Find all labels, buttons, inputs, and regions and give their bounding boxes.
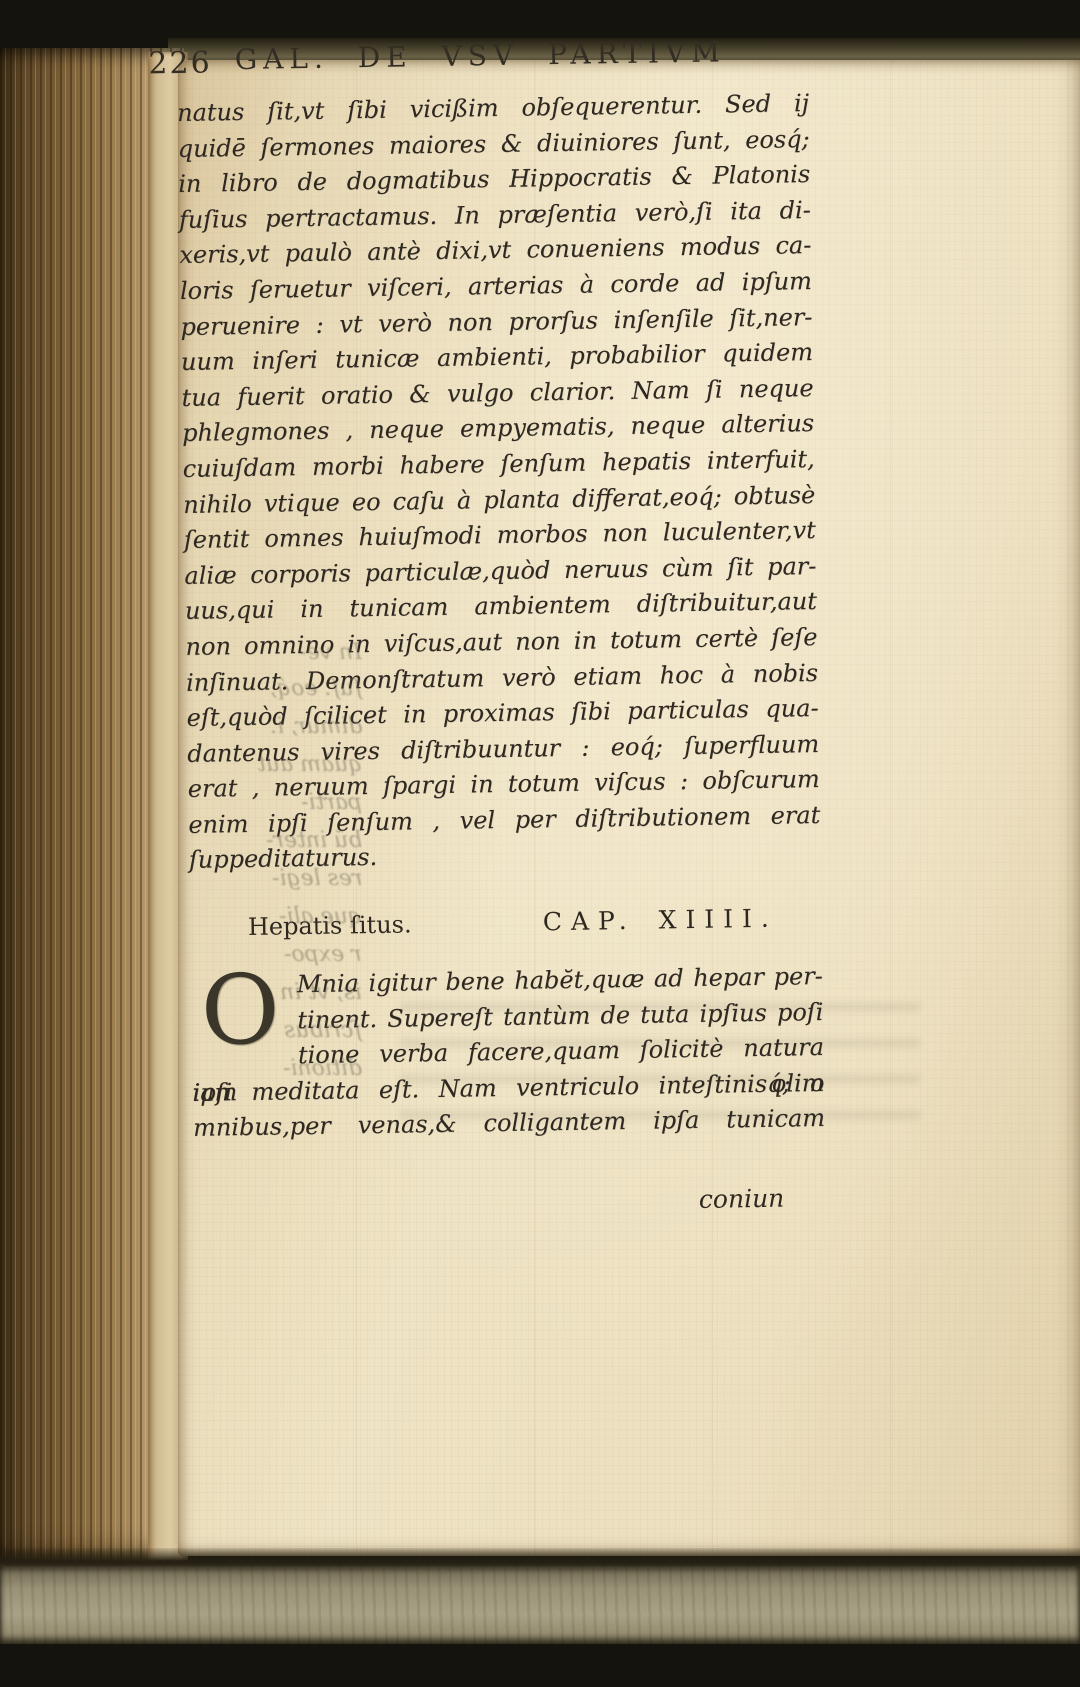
chapter-side-heading: Hepatis ſitus. xyxy=(248,910,412,941)
catchword: coniun xyxy=(699,1184,785,1214)
body-paragraph: natus ſit,vt ſibi vicißim obſequerentur.… xyxy=(177,86,821,879)
chapter-paragraph: O Mnia igitur bene habĕt,quæ ad hepar pe… xyxy=(191,959,826,1147)
chapter-number-heading: CAP. XIIII. xyxy=(543,904,779,937)
drop-cap-initial: O xyxy=(197,974,284,1047)
book-photo: 226 GAL. DE VSV PARTIVM natus ſit,vt ſib… xyxy=(0,0,1080,1687)
printed-text-block: 226 GAL. DE VSV PARTIVM natus ſit,vt ſib… xyxy=(176,30,826,1222)
page-bottom-shadow xyxy=(0,1548,1080,1568)
page-header: 226 GAL. DE VSV PARTIVM xyxy=(176,30,809,86)
chapter-lines: Mnia igitur bene habĕt,quæ ad hepar per-… xyxy=(191,959,826,1147)
book-bottom-cover-edge xyxy=(0,1566,1080,1644)
chapter-heading-row: Hepatis ſitus. CAP. XIIII. xyxy=(190,903,823,953)
